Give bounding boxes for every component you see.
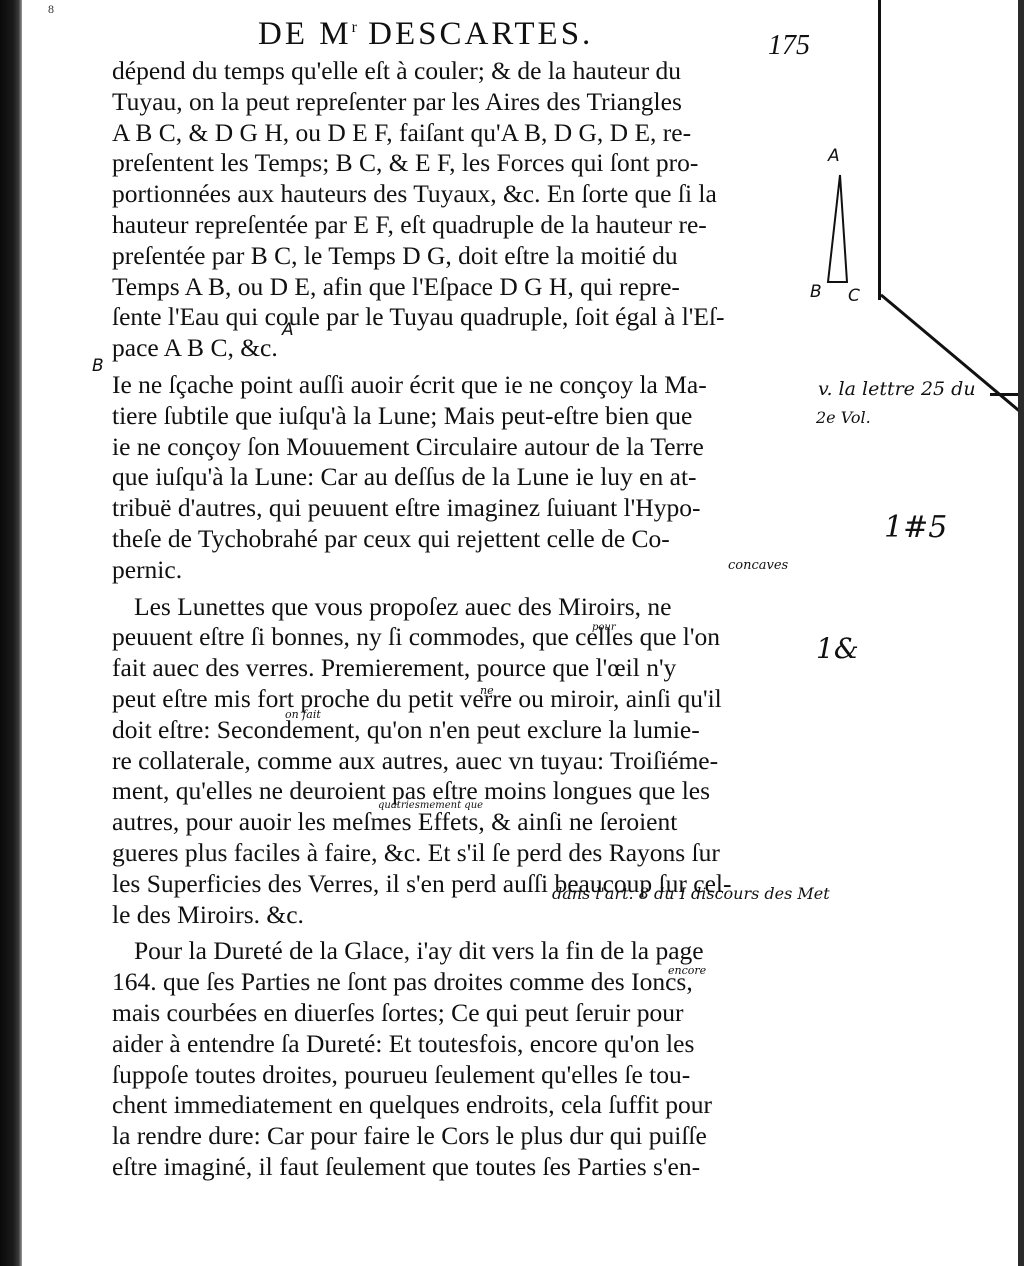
annotation-on-fait: on fait (285, 708, 321, 721)
triangle-icon (818, 140, 878, 310)
scan-left-edge (0, 0, 22, 1266)
annotation-dans-lart: dans l'art. 8 du I discours des Met (552, 884, 830, 903)
annotation-pour: pour (592, 622, 616, 633)
running-head-de: DE M (258, 16, 352, 52)
margin-mark-b: B (92, 356, 104, 376)
annotation-a: A (282, 320, 294, 340)
annotation-quatriemement: quatriesmement que (378, 800, 483, 811)
scan-right-edge (1018, 0, 1024, 1266)
text-line: doit eſtre: Secondement, qu'on n'en peut… (112, 715, 808, 746)
text-line: le des Miroirs. &c. (112, 900, 808, 931)
margin-note-14: 1& (816, 632, 859, 665)
text-line: gueres plus faciles à faire, &c. Et s'il… (112, 838, 808, 869)
annotation-encore: encore (668, 964, 706, 977)
text-line: que iuſqu'à la Lune: Car au deſſus de la… (112, 462, 808, 493)
text-line: Temps A B, ou D E, afin que l'Eſpace D G… (112, 272, 808, 303)
running-head-descartes: DESCARTES. (357, 16, 593, 52)
margin-note-lettre: v. la lettre 25 du (818, 378, 976, 400)
text-line: hauteur repreſentée par E F, eſt quadrup… (112, 210, 808, 241)
text-line: la rendre dure: Car pour faire le Cors l… (112, 1121, 808, 1152)
text-line: re collaterale, comme aux autres, auec v… (112, 746, 808, 777)
text-line: A B C, & D G H, ou D E F, faiſant qu'A B… (112, 118, 808, 149)
text-line: ſente l'Eau qui coule par le Tuyau quadr… (112, 302, 808, 333)
text-line: pernic. (112, 555, 808, 586)
text-line: Les Lunettes que vous propoſez auec des … (112, 592, 808, 623)
text-line: preſentée par B C, le Temps D G, doit eſ… (112, 241, 808, 272)
text-line: dépend du temps qu'elle eſt à couler; & … (112, 56, 808, 87)
margin-note-vol: 2e Vol. (816, 408, 871, 427)
text-line: ſuppoſe toutes droites, pourueu ſeulemen… (112, 1060, 808, 1091)
page-body: dépend du temps qu'elle eſt à couler; & … (112, 56, 808, 1183)
text-line: tribuë d'autres, qui peuuent eſtre imagi… (112, 493, 808, 524)
text-line: preſentent les Temps; B C, & E F, les Fo… (112, 148, 808, 179)
text-line: mais courbées en diuerſes ſortes; Ce qui… (112, 998, 808, 1029)
running-head: DE Mr DESCARTES. (258, 16, 593, 53)
text-line: Tuyau, on la peut repreſenter par les Ai… (112, 87, 808, 118)
annotation-ne: ne (480, 684, 494, 697)
vertex-b: B (810, 282, 822, 302)
text-line: peuuent eſtre ſi bonnes, ny ſi commodes,… (112, 622, 808, 653)
text-line: eſtre imaginé, il faut ſeulement que tou… (112, 1152, 808, 1183)
text-line: Pour la Dureté de la Glace, i'ay dit ver… (112, 936, 808, 967)
text-line: pace A B C, &c. (112, 333, 808, 364)
annotation-concaves: concaves (728, 558, 788, 573)
corner-mark: 8 (48, 2, 54, 17)
page-fold-line (878, 0, 881, 300)
text-line: theſe de Tychobrahé par ceux qui rejette… (112, 524, 808, 555)
text-line: tiere ſubtile que iuſqu'à la Lune; Mais … (112, 401, 808, 432)
text-line: autres, pour auoir les meſmes Effets, & … (112, 807, 808, 838)
vertex-a: A (828, 146, 840, 166)
text-line: ie ne conçoy ſon Mouuement Circulaire au… (112, 432, 808, 463)
margin-note-145: 1#5 (884, 510, 947, 545)
scan-right-margin (878, 0, 1024, 1266)
text-line: chent immediatement en quelques endroits… (112, 1090, 808, 1121)
text-line: peut eſtre mis fort proche du petit verr… (112, 684, 808, 715)
vertex-c: C (848, 286, 860, 306)
text-line: aider à entendre ſa Dureté: Et toutesfoi… (112, 1029, 808, 1060)
text-line: Ie ne ſçache point auſſi auoir écrit que… (112, 370, 808, 401)
text-line: portionnées aux hauteurs des Tuyaux, &c.… (112, 179, 808, 210)
triangle-diagram: A B C (818, 140, 878, 310)
text-line: fait auec des verres. Premierement, pour… (112, 653, 808, 684)
